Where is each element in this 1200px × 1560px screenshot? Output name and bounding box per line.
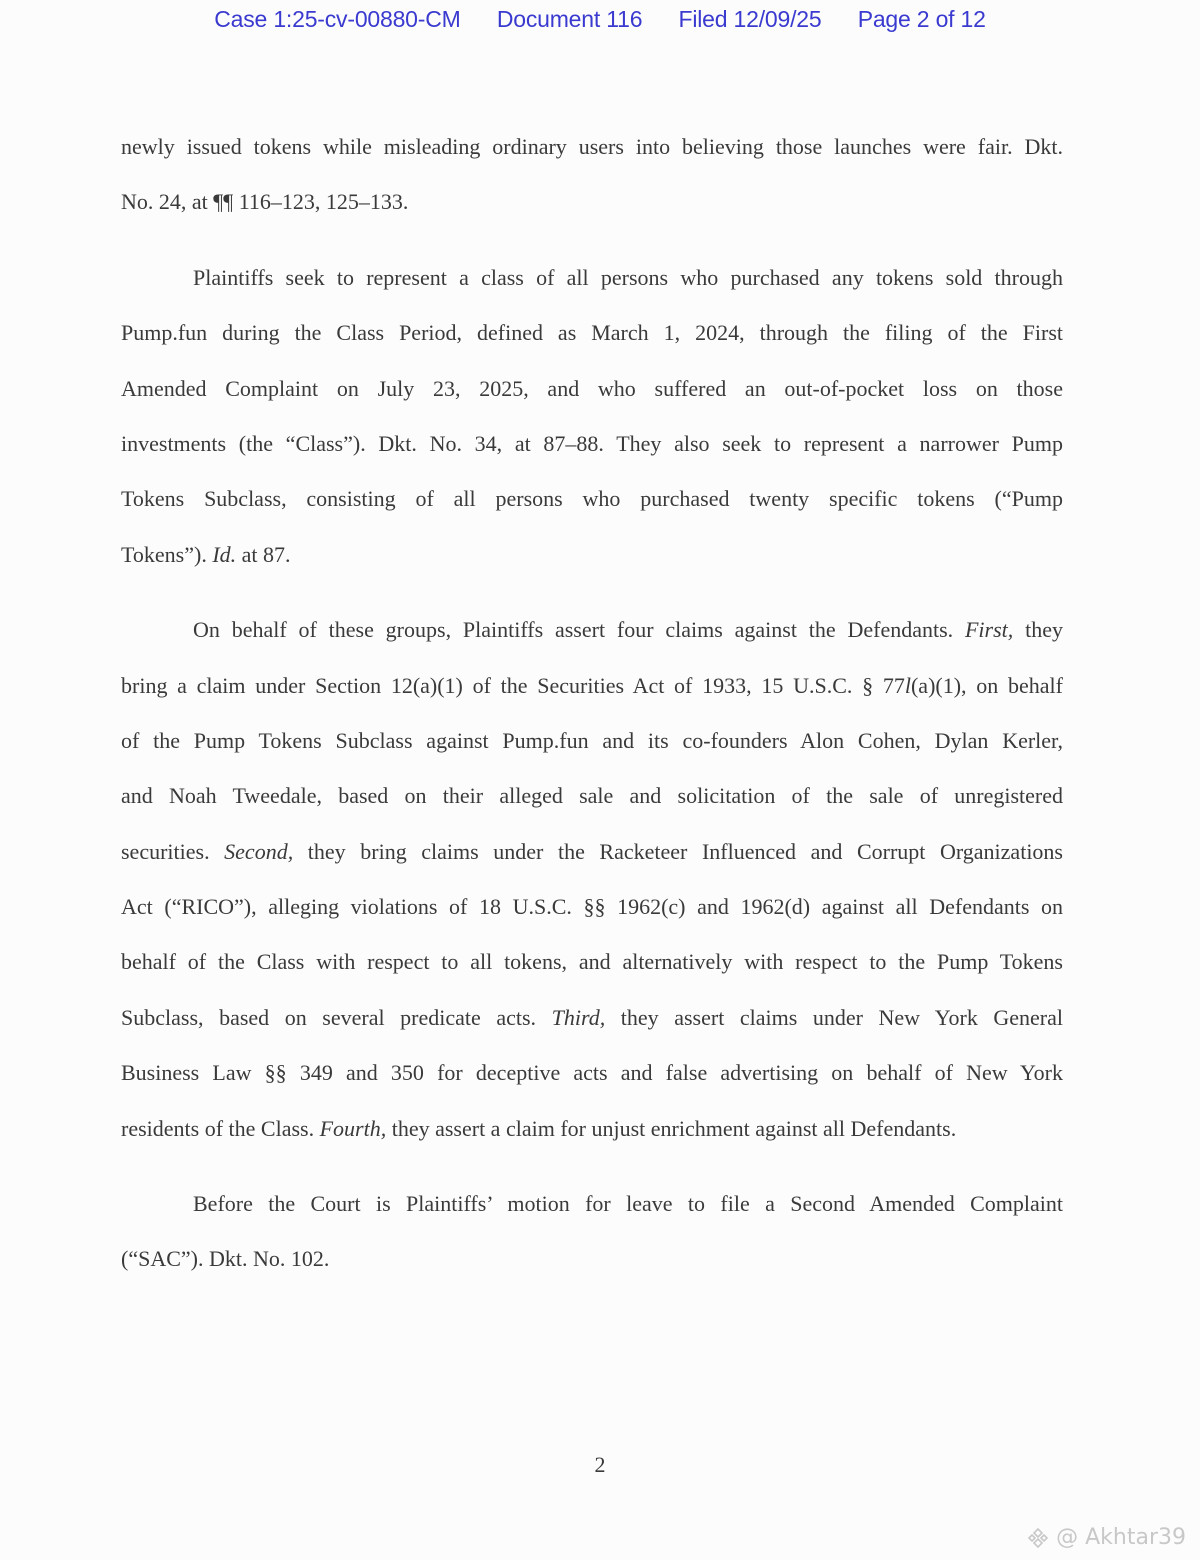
filed-date: Filed 12/09/25 [679,6,822,33]
text-line: Pump.fun during the Class Period, define… [121,312,1063,367]
text-line: Business Law §§ 349 and 350 for deceptiv… [121,1052,1063,1107]
document-body: newly issued tokens while misleading ord… [121,126,1063,1294]
page-indicator: Page 2 of 12 [858,6,986,33]
text-line: No. 24, at ¶¶ 116–123, 125–133. [121,181,1063,236]
document-number: Document 116 [497,6,642,33]
paragraph: Plaintiffs seek to represent a class of … [121,257,1063,589]
paragraph: Before the Court is Plaintiffs’ motion f… [121,1183,1063,1294]
page-number: 2 [0,1452,1200,1478]
paragraph: On behalf of these groups, Plaintiffs as… [121,609,1063,1163]
text-line: newly issued tokens while misleading ord… [121,126,1063,181]
text-line: Plaintiffs seek to represent a class of … [121,257,1063,312]
text-line: residents of the Class. Fourth, they ass… [121,1108,1063,1163]
paragraph-gap [121,589,1063,609]
text-line: bring a claim under Section 12(a)(1) of … [121,665,1063,720]
text-line: Tokens Subclass, consisting of all perso… [121,478,1063,533]
text-line: Act (“RICO”), alleging violations of 18 … [121,886,1063,941]
text-line: Subclass, based on several predicate act… [121,997,1063,1052]
text-line: securities. Second, they bring claims un… [121,831,1063,886]
text-line: behalf of the Class with respect to all … [121,941,1063,996]
paragraph-gap [121,1163,1063,1183]
text-line: (“SAC”). Dkt. No. 102. [121,1238,1063,1293]
text-line: of the Pump Tokens Subclass against Pump… [121,720,1063,775]
paragraph: newly issued tokens while misleading ord… [121,126,1063,237]
filing-header: Case 1:25-cv-00880-CM Document 116 Filed… [0,6,1200,38]
binance-logo-icon [1026,1526,1050,1550]
text-line: Before the Court is Plaintiffs’ motion f… [121,1183,1063,1238]
watermark-text: @ Akhtar39 [1056,1525,1186,1550]
text-line: investments (the “Class”). Dkt. No. 34, … [121,423,1063,478]
text-line: and Noah Tweedale, based on their allege… [121,775,1063,830]
watermark: @ Akhtar39 [1026,1525,1186,1550]
text-line: Tokens”). Id. at 87. [121,534,1063,589]
paragraph-gap [121,237,1063,257]
text-line: On behalf of these groups, Plaintiffs as… [121,609,1063,664]
case-number: Case 1:25-cv-00880-CM [214,6,460,33]
text-line: Amended Complaint on July 23, 2025, and … [121,368,1063,423]
